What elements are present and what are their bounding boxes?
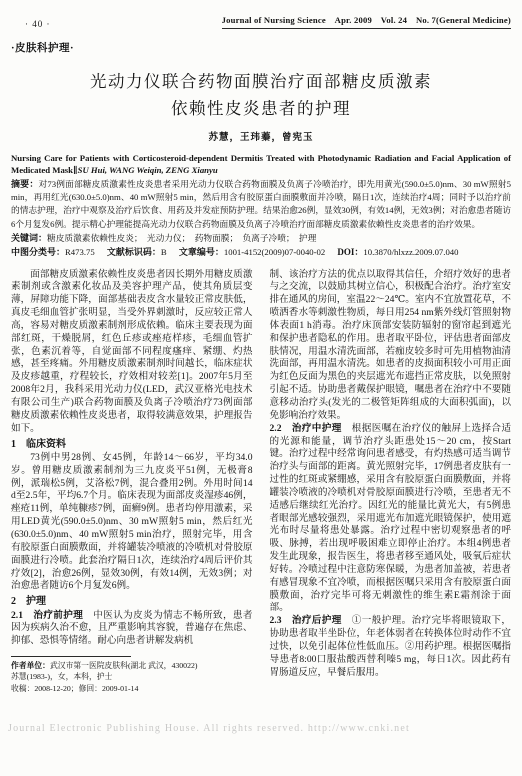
abstract-label: 摘要： (11, 179, 39, 189)
article-id: 文章编号：1001-4152(2009)07-0040-02 (179, 247, 325, 257)
subsection-label-2-3: 2.3 治疗后护理 (270, 615, 352, 626)
post-treatment-care-paragraph: 2.3 治疗后护理 ①一般护理。治疗完毕将眼镜取下，协助患者取半坐卧位，年老体弱… (270, 615, 512, 679)
footnote-author-bio: 苏慧(1983-)，女，本科，护士 (11, 671, 253, 682)
article-id-value: 1001-4152(2009)07-0040-02 (224, 247, 325, 257)
english-authors: SU Hui, WANG Weiqin, ZENG Xianyu (78, 165, 218, 175)
author-footnote: 作者单位：武汉市第一医院皮肤科(湖北 武汉，430022) 苏慧(1983-)，… (11, 656, 253, 694)
cnki-watermark: Journal Electronic Publishing House. All… (8, 723, 518, 734)
journal-header-line: Journal of Nursing Science Apr. 2009 Vol… (222, 14, 511, 29)
affiliation-label: 作者单位： (11, 661, 50, 670)
article-title-line2: 依赖性皮炎患者的护理 (171, 99, 351, 118)
document-code: 文献标识码：B (107, 247, 167, 257)
article-id-label: 文章编号： (179, 247, 224, 257)
keywords-label: 关键词： (11, 233, 47, 243)
body-columns: 面部糖皮质激素依赖性皮炎患者因长期外用糖皮质激素制剂或含激素化妆品及美容护理产品… (11, 269, 511, 694)
section-label: ·皮肤科护理· (11, 40, 511, 55)
pre-treatment-care-paragraph: 2.1 治疗前护理 中医认为皮炎为情志不畅所致，患者因为疾病久治不愈，且严重影响… (11, 610, 253, 649)
during-treatment-care-paragraph: 2.2 治疗中护理 根据医嘱在治疗仪的触屏上选择合适的光源和能量，调节治疗头距患… (270, 423, 512, 616)
article-title: 光动力仪联合药物面膜治疗面部糖皮质激素 依赖性皮炎患者的护理 (11, 69, 511, 122)
scanned-paper-page: Journal Electronic Publishing House. All… (0, 0, 522, 776)
footnote-divider (11, 656, 131, 657)
doi: DOI：10.3870/hlxzz.2009.07.040 (337, 247, 458, 257)
subsection-text-2-2: 根据医嘱在治疗仪的触屏上选择合适的光源和能量，调节治疗头距患处15～20 cm，… (270, 423, 512, 614)
clc-value: R473.75 (65, 247, 95, 257)
keywords-line: 关键词：糖皮质激素依赖性皮炎； 光动力仪； 药物面膜； 负离子冷喷； 护理 (11, 232, 511, 246)
section-heading-clinical-data: 1 临床资料 (11, 438, 253, 451)
footnote-affiliation: 作者单位：武汉市第一医院皮肤科(湖北 武汉，430022) (11, 660, 253, 671)
abstract-text: 对73例面部糖皮质激素性皮炎患者采用光动力仪联合药物面膜及负离子冷喷治疗，即先用… (11, 179, 511, 229)
page-number: · 40 · (11, 19, 51, 29)
subsection-label-2-2: 2.2 治疗中护理 (270, 423, 352, 434)
clc-label: 中图分类号： (11, 247, 65, 257)
page-header: · 40 · Journal of Nursing Science Apr. 2… (11, 14, 511, 29)
doi-label: DOI： (337, 247, 363, 257)
abstract: 摘要：对73例面部糖皮质激素性皮炎患者采用光动力仪联合药物面膜及负离子冷喷治疗，… (11, 178, 511, 231)
author-names: 苏慧，王玮蓁，曾宪玉 (11, 129, 511, 143)
right-column: 制、该治疗方法的优点以取得其信任，介绍疗效好的患者与之交流，以鼓励其树立信心，积… (270, 269, 512, 694)
doc-code-label: 文献标识码： (107, 247, 161, 257)
clc-number: 中图分类号：R473.75 (11, 247, 95, 257)
section-heading-nursing: 2 护理 (11, 595, 253, 608)
affiliation-value: 武汉市第一医院皮肤科(湖北 武汉，430022) (50, 661, 197, 670)
article-title-line1: 光动力仪联合药物面膜治疗面部糖皮质激素 (90, 72, 432, 91)
footnote-dates: 收稿：2008-12-20；修回：2009-01-14 (11, 683, 253, 694)
continued-paragraph: 制、该治疗方法的优点以取得其信任，介绍疗效好的患者与之交流，以鼓励其树立信心，积… (270, 269, 512, 423)
keywords-text: 糖皮质激素依赖性皮炎； 光动力仪； 药物面膜； 负离子冷喷； 护理 (47, 233, 316, 243)
classification-line: 中图分类号：R473.75 文献标识码：B 文章编号：1001-4152(200… (11, 246, 511, 260)
english-title-block: Nursing Care for Patients with Corticost… (11, 153, 511, 176)
doc-code-value: B (161, 247, 167, 257)
left-column: 面部糖皮质激素依赖性皮炎患者因长期外用糖皮质激素制剂或含激素化妆品及美容护理产品… (11, 269, 253, 694)
intro-paragraph: 面部糖皮质激素依赖性皮炎患者因长期外用糖皮质激素制剂或含激素化妆品及美容护理产品… (11, 269, 253, 436)
subsection-label-2-1: 2.1 治疗前护理 (11, 610, 93, 621)
doi-value: 10.3870/hlxzz.2009.07.040 (363, 247, 458, 257)
clinical-data-paragraph: 73例中男28例、女45例，年龄14～66岁，平均34.0岁。曾用糖皮质激素制剂… (11, 452, 253, 593)
